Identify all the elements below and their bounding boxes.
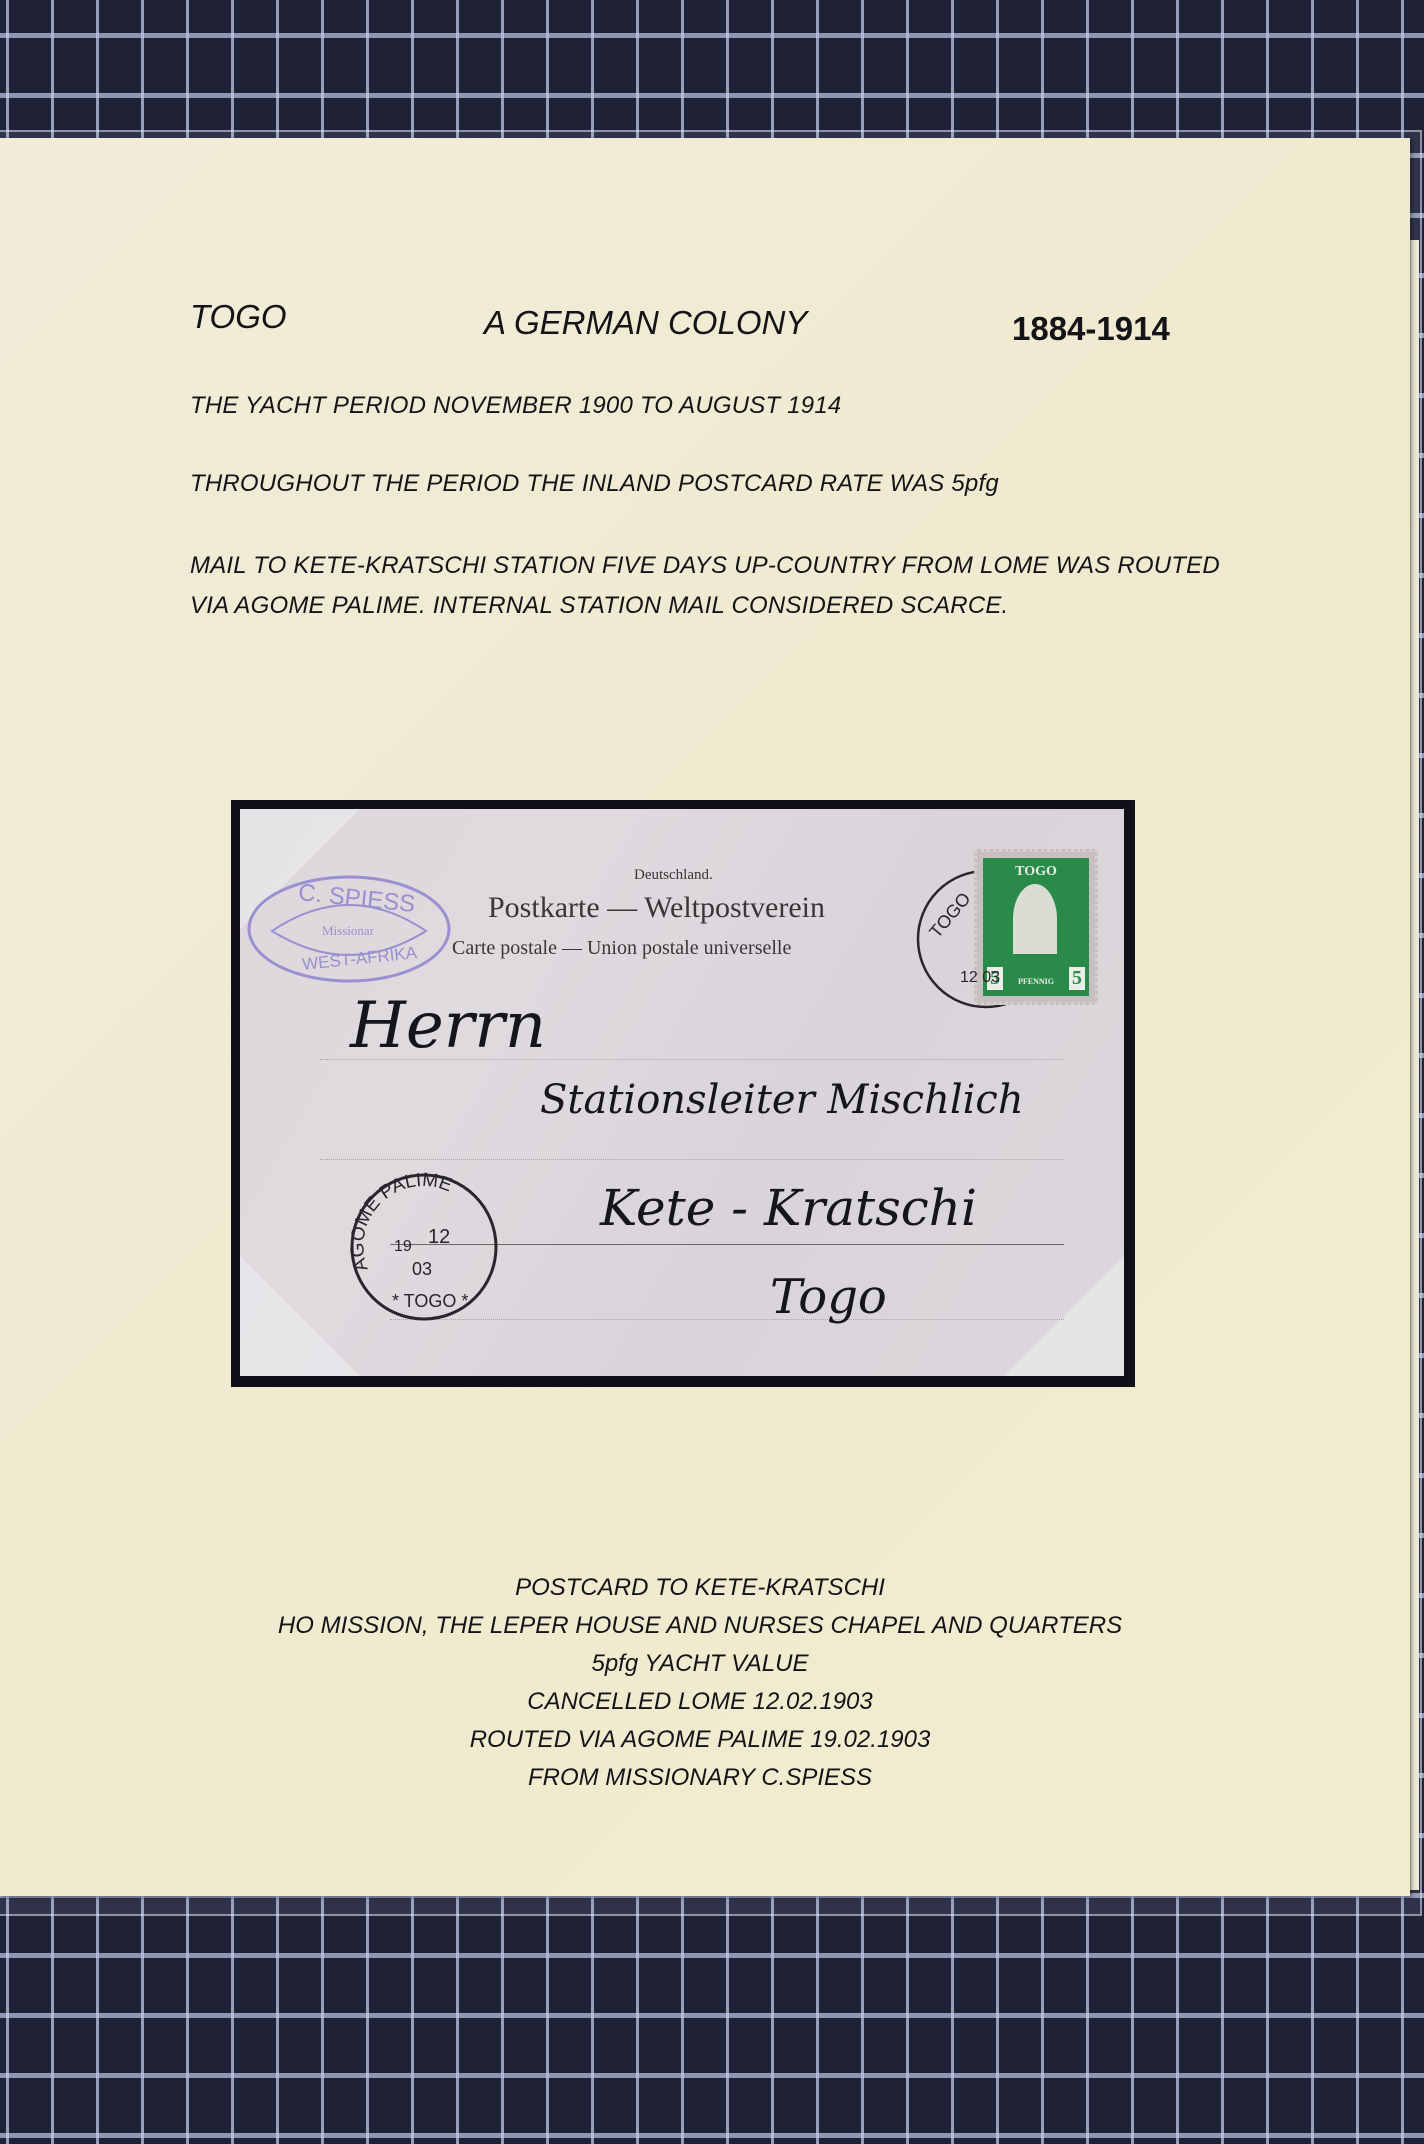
lome-postmark-date: 12 03 xyxy=(960,969,1000,987)
address-country: Togo xyxy=(770,1269,887,1325)
header-title: A GERMAN COLONY xyxy=(484,304,807,342)
caption-line: HO MISSION, THE LEPER HOUSE AND NURSES C… xyxy=(200,1612,1200,1640)
caption-line: CANCELLED LOME 12.02.1903 xyxy=(200,1688,1200,1716)
address-name: Stationsleiter Mischlich xyxy=(540,1077,1024,1123)
postcard: Deutschland. Postkarte — Weltpostverein … xyxy=(240,809,1124,1376)
postcard-title-french: Carte postale — Union postale universell… xyxy=(452,937,791,960)
header-country: TOGO xyxy=(190,298,287,336)
svg-text:AGOME PALIME: AGOME PALIME xyxy=(347,1170,455,1274)
album-page: TOGO A GERMAN COLONY 1884-1914 THE YACHT… xyxy=(0,138,1410,1896)
svg-text:03: 03 xyxy=(412,1259,432,1279)
header-years: 1884-1914 xyxy=(1012,310,1170,348)
caption-line: ROUTED VIA AGOME PALIME 19.02.1903 xyxy=(200,1726,1200,1754)
page-stack-edge xyxy=(1410,240,1419,1890)
intro-line-period: THE YACHT PERIOD NOVEMBER 1900 TO AUGUST… xyxy=(190,392,841,420)
svg-text:12: 12 xyxy=(428,1226,450,1248)
caption-line: POSTCARD TO KETE-KRATSCHI xyxy=(200,1574,1200,1602)
yacht-icon xyxy=(1013,884,1057,954)
intro-line-rate: THROUGHOUT THE PERIOD THE INLAND POSTCAR… xyxy=(190,470,999,498)
svg-text:19: 19 xyxy=(394,1238,412,1255)
mount-corner xyxy=(240,1256,360,1376)
agome-postmark-icon: AGOME PALIME * TOGO * 19 12 03 xyxy=(346,1169,506,1329)
caption-line: 5pfg YACHT VALUE xyxy=(200,1650,1200,1678)
intro-line-route-2: VIA AGOME PALIME. INTERNAL STATION MAIL … xyxy=(190,592,1008,620)
postcard-mount: Deutschland. Postkarte — Weltpostverein … xyxy=(231,800,1135,1387)
address-salutation: Herrn xyxy=(350,989,546,1063)
postcard-country: Deutschland. xyxy=(634,867,713,884)
postcard-title-german: Postkarte — Weltpostverein xyxy=(488,891,825,925)
intro-line-route-1: MAIL TO KETE-KRATSCHI STATION FIVE DAYS … xyxy=(190,552,1220,580)
sender-title: Missionar xyxy=(322,923,374,939)
address-place: Kete - Kratschi xyxy=(600,1179,977,1237)
svg-text:* TOGO *: * TOGO * xyxy=(392,1291,468,1311)
address-line xyxy=(320,1159,1064,1160)
caption-line: FROM MISSIONARY C.SPIESS xyxy=(200,1764,1200,1792)
mount-corner xyxy=(1004,1256,1124,1376)
stamp-country: TOGO xyxy=(983,864,1089,880)
